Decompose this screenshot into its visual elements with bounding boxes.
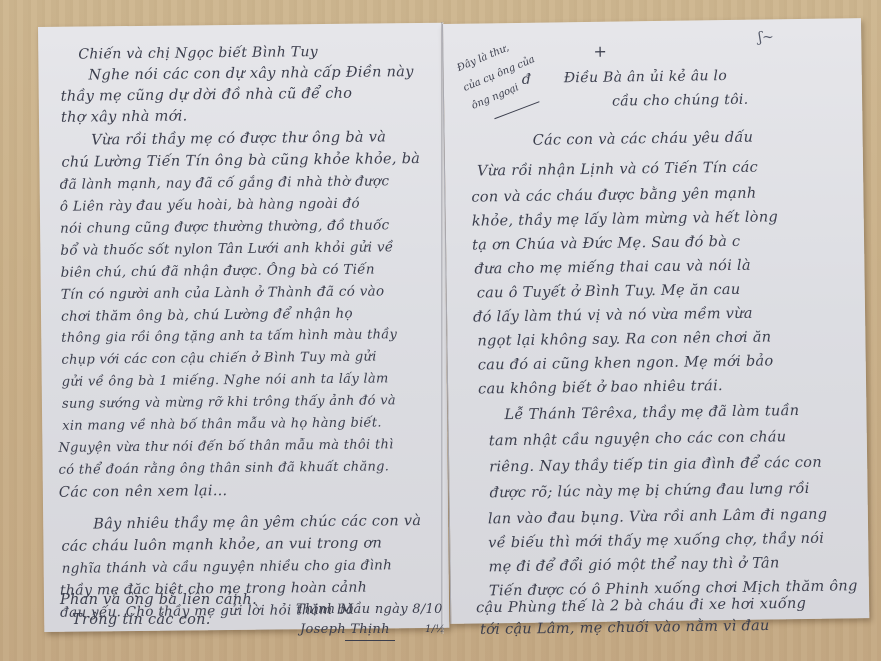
signature-closing: Thịnh Mầu ngày 8/10	[296, 602, 443, 617]
right-line: Vừa rồi nhận Lịnh và có Tiến Tín các	[477, 160, 758, 180]
left-line: chụp với các con cậu chiến ở Bình Tuy mà…	[61, 349, 376, 367]
left-line: bổ và thuốc sốt nylon Tân Lưới anh khỏi …	[60, 239, 393, 258]
left-line: chú Lường Tiến Tín ông bà cũng khỏe khỏe…	[61, 151, 420, 171]
right-line: Lễ Thánh Têrêxa, thầy mẹ đã làm tuần	[504, 403, 799, 423]
right-heading-line: cầu cho chúng tôi.	[612, 92, 749, 110]
letter-page-right: Ðây là thư, của cụ ông của ông ngoại đ +…	[442, 18, 869, 624]
right-line: cau ô Tuyết ở Bình Tuy. Mẹ ăn cau	[477, 282, 741, 302]
left-line: ô Liên rày đau yếu hoài, bà hàng ngoài đ…	[60, 196, 360, 215]
right-line: ngọt lại không say. Ra con nên chơi ăn	[477, 329, 771, 349]
left-line: Vừa rồi thầy mẹ có được thư ông bà và	[91, 129, 386, 148]
right-line: riêng. Nay thầy tiếp tin gia đình để các…	[489, 455, 822, 476]
right-line: mẹ đi để đổi gió một thể nay thì ở Tân	[488, 555, 779, 575]
right-line: tam nhật cầu nguyện cho các con cháu	[489, 429, 787, 449]
left-line: thông gia rồi ông tặng anh ta tấm hình m…	[61, 327, 397, 346]
left-line: Nghe nói các con dự xây nhà cấp Ðiền này	[88, 64, 413, 83]
signature-name: Joseph Thịnh	[300, 622, 390, 637]
left-line-closing: Trông tin các con.	[72, 612, 211, 628]
left-line: gửi về ông bà 1 miếng. Nghe nói anh ta l…	[62, 371, 389, 389]
right-line-tail: tới cậu Lâm, mẹ chuối vào nằm vì đau	[480, 618, 770, 638]
right-line: tạ ơn Chúa và Ðức Mẹ. Sau đó bà c	[472, 234, 741, 254]
right-line: con và các cháu được bằng yên mạnh	[471, 186, 756, 206]
right-heading-line: Điều Bà ân ủi kẻ âu lo	[564, 68, 727, 86]
corner-mark: ʃ~	[758, 29, 774, 45]
left-line: nghĩa thánh và cầu nguyện nhiều cho gia …	[62, 557, 393, 576]
left-line: Tín có người anh của Lành ở Thành đã có …	[61, 283, 385, 302]
right-line: được rõ; lúc này mẹ bị chứng đau lưng rồ…	[489, 481, 809, 501]
left-line: Các con nên xem lại…	[59, 483, 228, 501]
right-line: cau không biết ở bao nhiêu trái.	[478, 378, 723, 397]
left-line: chơi thăm ông bà, chú Lường để nhận họ	[61, 306, 353, 325]
left-line-phan: Phan và ông bà liên cảnh.	[60, 592, 257, 608]
left-line: Chiến và chị Ngọc biết Bình Tuy	[78, 44, 318, 63]
left-line: thầy mẹ cũng dự dời đồ nhà cũ để cho	[61, 86, 353, 105]
signature-underline	[345, 640, 395, 641]
left-line: Bây nhiêu thầy mẹ ân yêm chúc các con và	[93, 513, 421, 532]
margin-note-underline	[494, 101, 539, 119]
letter-page-left: Chiến và chị Ngọc biết Bình Tuy Nghe nói…	[38, 23, 449, 632]
left-line: biên chú, chú đã nhận được. Ông bà có Ti…	[60, 261, 374, 280]
left-line: có thể đoán rằng ông thân sinh đã khuất …	[59, 459, 390, 477]
right-line: khỏe, thầy mẹ lấy làm mừng và hết lòng	[472, 209, 778, 229]
left-line: xin mang về nhà bố thân mẫu và họ hàng b…	[62, 415, 382, 433]
cross-mark: +	[593, 42, 607, 61]
right-line: về biếu thì mới thấy mẹ xuống chợ, thầy …	[488, 531, 824, 552]
right-line: đưa cho mẹ miếng thai cau và nói là	[474, 258, 751, 278]
right-line: cau đó ai cũng khen ngon. Mẹ mới bảo	[478, 353, 774, 373]
left-line: Nguyện vừa thư nói đến bố thân mẫu mà th…	[58, 437, 393, 456]
right-line: lan vào đau bụng. Vừa rồi anh Lâm đi nga…	[488, 507, 828, 528]
right-line: Các con và các cháu yêu dấu	[533, 130, 754, 149]
left-line: thợ xây nhà mới.	[61, 108, 188, 125]
right-line: đó lấy làm thú vị và nó vừa mềm vừa	[473, 306, 753, 326]
margin-note-mark: đ	[522, 75, 531, 86]
left-line: nói chung cũng được thường thường, đồ th…	[60, 217, 390, 236]
left-line: sung sướng và mừng rỡ khi trông thấy ảnh…	[62, 393, 396, 411]
left-line: các cháu luôn mạnh khỏe, an vui trong ơn	[61, 535, 382, 554]
left-line: đã lành mạnh, nay đã cố gắng đi nhà thờ …	[60, 173, 390, 192]
